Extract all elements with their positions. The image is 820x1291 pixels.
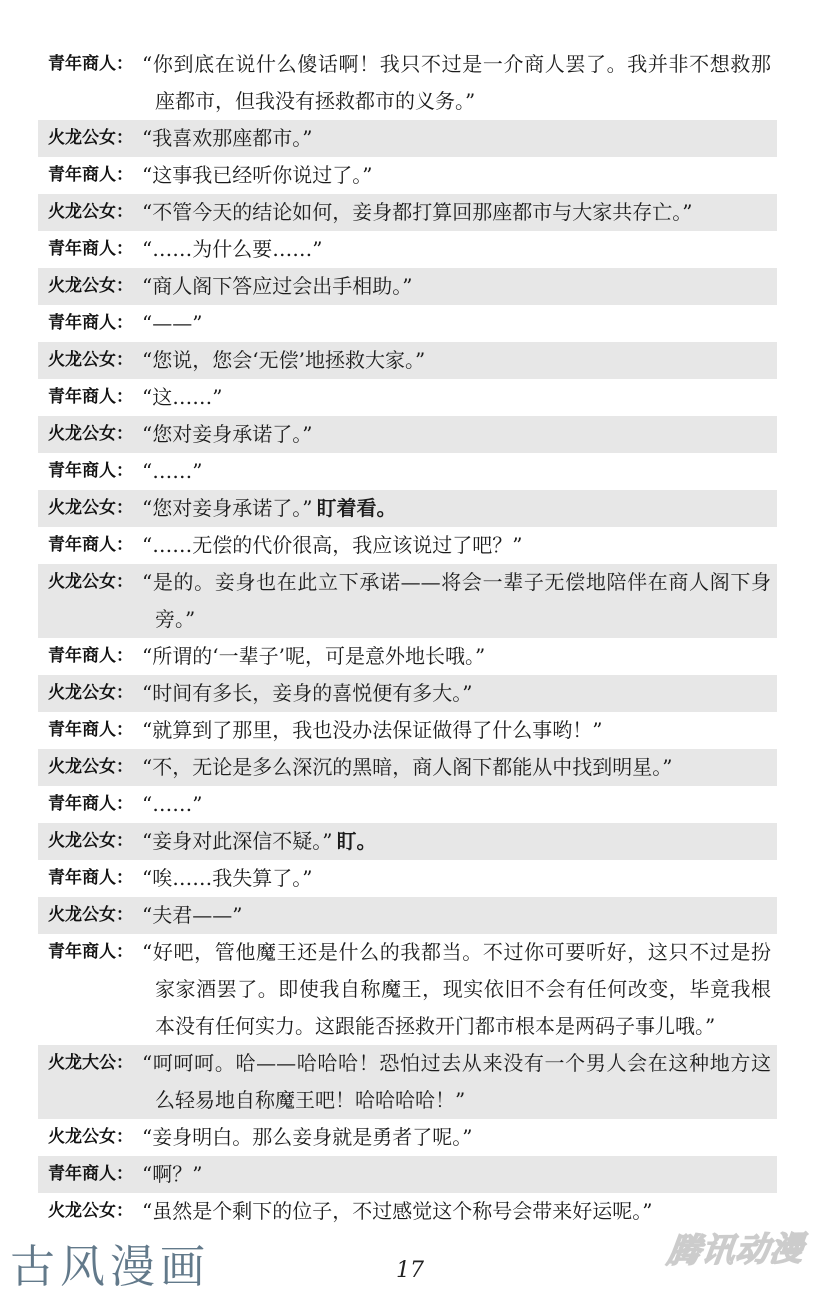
dialogue-row: 青年商人： “好吧，管他魔王还是什么的我都当。不过你可要听好，这只不过是扮家家酒… (38, 934, 777, 1045)
speaker-label: 火龙公女： (38, 416, 142, 453)
dialogue-text: “唉……我失算了。” (142, 860, 777, 897)
dialogue-text: “我喜欢那座都市。” (142, 120, 777, 157)
dialogue-quote: “好吧，管他魔王还是什么的我都当。不过你可要听好，这只不过是扮家家酒罢了。即使我… (142, 940, 771, 1038)
dialogue-row: 火龙公女： “妾身明白。那么妾身就是勇者了呢。” (38, 1119, 777, 1156)
dialogue-quote: “是的。妾身也在此立下承诺——将会一辈子无偿地陪伴在商人阁下身旁。” (142, 570, 771, 631)
dialogue-text: “啊？” (142, 1156, 777, 1193)
dialogue-text: “呵呵呵。哈——哈哈哈！恐怕过去从来没有一个男人会在这种地方这么轻易地自称魔王吧… (142, 1045, 777, 1119)
speaker-label: 火龙公女： (38, 897, 142, 934)
dialogue-row: 火龙公女： “时间有多长，妾身的喜悦便有多大。” (38, 675, 777, 712)
speaker-label: 火龙公女： (38, 675, 142, 712)
dialogue-text: “妾身明白。那么妾身就是勇者了呢。” (142, 1119, 777, 1156)
dialogue-text: “好吧，管他魔王还是什么的我都当。不过你可要听好，这只不过是扮家家酒罢了。即使我… (142, 934, 777, 1045)
dialogue-quote: “——” (142, 311, 202, 335)
dialogue-quote: “呵呵呵。哈——哈哈哈！恐怕过去从来没有一个男人会在这种地方这么轻易地自称魔王吧… (142, 1051, 771, 1112)
dialogue-quote: “就算到了那里，我也没办法保证做得了什么事哟！” (142, 718, 602, 742)
dialogue-text: “妾身对此深信不疑。”盯。 (142, 823, 777, 860)
speaker-label: 火龙公女： (38, 749, 142, 786)
dialogue-text: “就算到了那里，我也没办法保证做得了什么事哟！” (142, 712, 777, 749)
dialogue-quote: “唉……我失算了。” (142, 866, 312, 890)
dialogue-row: 火龙公女： “虽然是个剩下的位子，不过感觉这个称号会带来好运呢。” (38, 1193, 777, 1230)
dialogue-text: “这……” (142, 379, 777, 416)
dialogue-quote: “你到底在说什么傻话啊！我只不过是一介商人罢了。我并非不想救那座都市，但我没有拯… (142, 52, 771, 113)
dialogue-text: “您对妾身承诺了。”盯着看。 (142, 490, 777, 527)
dialogue-text: “不管今天的结论如何，妾身都打算回那座都市与大家共存亡。” (142, 194, 777, 231)
dialogue-quote: “……” (142, 792, 202, 816)
dialogue-row: 青年商人： “——” (38, 305, 777, 342)
dialogue-text: “你到底在说什么傻话啊！我只不过是一介商人罢了。我并非不想救那座都市，但我没有拯… (142, 46, 777, 120)
dialogue-text: “——” (142, 305, 777, 342)
speaker-label: 火龙公女： (38, 490, 142, 527)
dialogue-row: 火龙公女： “夫君——” (38, 897, 777, 934)
dialogue-row: 青年商人： “你到底在说什么傻话啊！我只不过是一介商人罢了。我并非不想救那座都市… (38, 46, 777, 120)
dialogue-row: 青年商人： “这事我已经听你说过了。” (38, 157, 777, 194)
dialogue-text: “夫君——” (142, 897, 777, 934)
speaker-label: 火龙公女： (38, 120, 142, 157)
dialogue-row: 火龙公女： “您说，您会‘无偿’地拯救大家。” (38, 342, 777, 379)
dialogue-row: 火龙公女： “我喜欢那座都市。” (38, 120, 777, 157)
speaker-label: 青年商人： (38, 379, 142, 416)
speaker-label: 青年商人： (38, 453, 142, 490)
dialogue-text: “所谓的‘一辈子’呢，可是意外地长哦。” (142, 638, 777, 675)
speaker-label: 火龙公女： (38, 1193, 142, 1230)
speaker-label: 青年商人： (38, 527, 142, 564)
dialogue-text: “时间有多长，妾身的喜悦便有多大。” (142, 675, 777, 712)
dialogue-text: “……” (142, 786, 777, 823)
dialogue-quote: “商人阁下答应过会出手相助。” (142, 274, 412, 298)
speaker-label: 火龙公女： (38, 268, 142, 305)
dialogue-quote: “时间有多长，妾身的喜悦便有多大。” (142, 681, 472, 705)
dialogue-text: “不，无论是多么深沉的黑暗，商人阁下都能从中找到明星。” (142, 749, 777, 786)
speaker-label: 青年商人： (38, 231, 142, 268)
dialogue-quote: “这……” (142, 385, 222, 409)
speaker-label: 火龙公女： (38, 823, 142, 860)
dialogue-row: 火龙大公： “呵呵呵。哈——哈哈哈！恐怕过去从来没有一个男人会在这种地方这么轻易… (38, 1045, 777, 1119)
dialogue-quote: “妾身对此深信不疑。” (142, 829, 332, 853)
dialogue-text: “……无偿的代价很高，我应该说过了吧？” (142, 527, 777, 564)
dialogue-text: “您说，您会‘无偿’地拯救大家。” (142, 342, 777, 379)
dialogue-script-page: 青年商人： “你到底在说什么傻话啊！我只不过是一介商人罢了。我并非不想救那座都市… (0, 0, 820, 1230)
dialogue-quote: “您对妾身承诺了。” (142, 496, 312, 520)
dialogue-text: “……” (142, 453, 777, 490)
dialogue-row: 青年商人： “就算到了那里，我也没办法保证做得了什么事哟！” (38, 712, 777, 749)
dialogue-row: 青年商人： “……” (38, 453, 777, 490)
dialogue-quote: “所谓的‘一辈子’呢，可是意外地长哦。” (142, 644, 485, 668)
speaker-label: 青年商人： (38, 860, 142, 897)
dialogue-row: 火龙公女： “不管今天的结论如何，妾身都打算回那座都市与大家共存亡。” (38, 194, 777, 231)
dialogue-quote: “您说，您会‘无偿’地拯救大家。” (142, 348, 425, 372)
dialogue-row: 火龙公女： “您对妾身承诺了。” (38, 416, 777, 453)
dialogue-action-note: 盯。 (336, 829, 376, 853)
dialogue-quote: “妾身明白。那么妾身就是勇者了呢。” (142, 1125, 472, 1149)
dialogue-row: 青年商人： “啊？” (38, 1156, 777, 1193)
dialogue-text: “商人阁下答应过会出手相助。” (142, 268, 777, 305)
dialogue-row: 火龙公女： “商人阁下答应过会出手相助。” (38, 268, 777, 305)
speaker-label: 青年商人： (38, 305, 142, 342)
dialogue-text: “这事我已经听你说过了。” (142, 157, 777, 194)
dialogue-row: 青年商人： “……为什么要……” (38, 231, 777, 268)
speaker-label: 火龙公女： (38, 1119, 142, 1156)
dialogue-quote: “虽然是个剩下的位子，不过感觉这个称号会带来好运呢。” (142, 1199, 652, 1223)
dialogue-quote: “不管今天的结论如何，妾身都打算回那座都市与大家共存亡。” (142, 200, 692, 224)
dialogue-text: “您对妾身承诺了。” (142, 416, 777, 453)
dialogue-row: 火龙公女： “是的。妾身也在此立下承诺——将会一辈子无偿地陪伴在商人阁下身旁。” (38, 564, 777, 638)
speaker-label: 青年商人： (38, 712, 142, 749)
dialogue-row: 火龙公女： “您对妾身承诺了。”盯着看。 (38, 490, 777, 527)
dialogue-row: 火龙公女： “妾身对此深信不疑。”盯。 (38, 823, 777, 860)
speaker-label: 青年商人： (38, 638, 142, 675)
dialogue-row: 火龙公女： “不，无论是多么深沉的黑暗，商人阁下都能从中找到明星。” (38, 749, 777, 786)
dialogue-text: “是的。妾身也在此立下承诺——将会一辈子无偿地陪伴在商人阁下身旁。” (142, 564, 777, 638)
dialogue-row: 青年商人： “唉……我失算了。” (38, 860, 777, 897)
speaker-label: 火龙公女： (38, 564, 142, 601)
speaker-label: 青年商人： (38, 46, 142, 83)
dialogue-quote: “啊？” (142, 1162, 202, 1186)
speaker-label: 青年商人： (38, 157, 142, 194)
speaker-label: 青年商人： (38, 1156, 142, 1193)
dialogue-quote: “不，无论是多么深沉的黑暗，商人阁下都能从中找到明星。” (142, 755, 672, 779)
speaker-label: 青年商人： (38, 934, 142, 971)
dialogue-list: 青年商人： “你到底在说什么傻话啊！我只不过是一介商人罢了。我并非不想救那座都市… (0, 46, 820, 1230)
dialogue-row: 青年商人： “……” (38, 786, 777, 823)
dialogue-action-note: 盯着看。 (316, 496, 396, 520)
speaker-label: 火龙公女： (38, 342, 142, 379)
dialogue-quote: “……” (142, 459, 202, 483)
dialogue-quote: “……为什么要……” (142, 237, 322, 261)
speaker-label: 青年商人： (38, 786, 142, 823)
dialogue-row: 青年商人： “……无偿的代价很高，我应该说过了吧？” (38, 527, 777, 564)
dialogue-quote: “您对妾身承诺了。” (142, 422, 312, 446)
speaker-label: 火龙公女： (38, 194, 142, 231)
dialogue-row: 青年商人： “这……” (38, 379, 777, 416)
dialogue-quote: “夫君——” (142, 903, 242, 927)
dialogue-quote: “这事我已经听你说过了。” (142, 163, 372, 187)
speaker-label: 火龙大公： (38, 1045, 142, 1082)
watermark-tencent-comics-logo: 腾讯动漫 (665, 1223, 807, 1272)
dialogue-text: “……为什么要……” (142, 231, 777, 268)
dialogue-quote: “我喜欢那座都市。” (142, 126, 312, 150)
dialogue-quote: “……无偿的代价很高，我应该说过了吧？” (142, 533, 522, 557)
dialogue-row: 青年商人： “所谓的‘一辈子’呢，可是意外地长哦。” (38, 638, 777, 675)
